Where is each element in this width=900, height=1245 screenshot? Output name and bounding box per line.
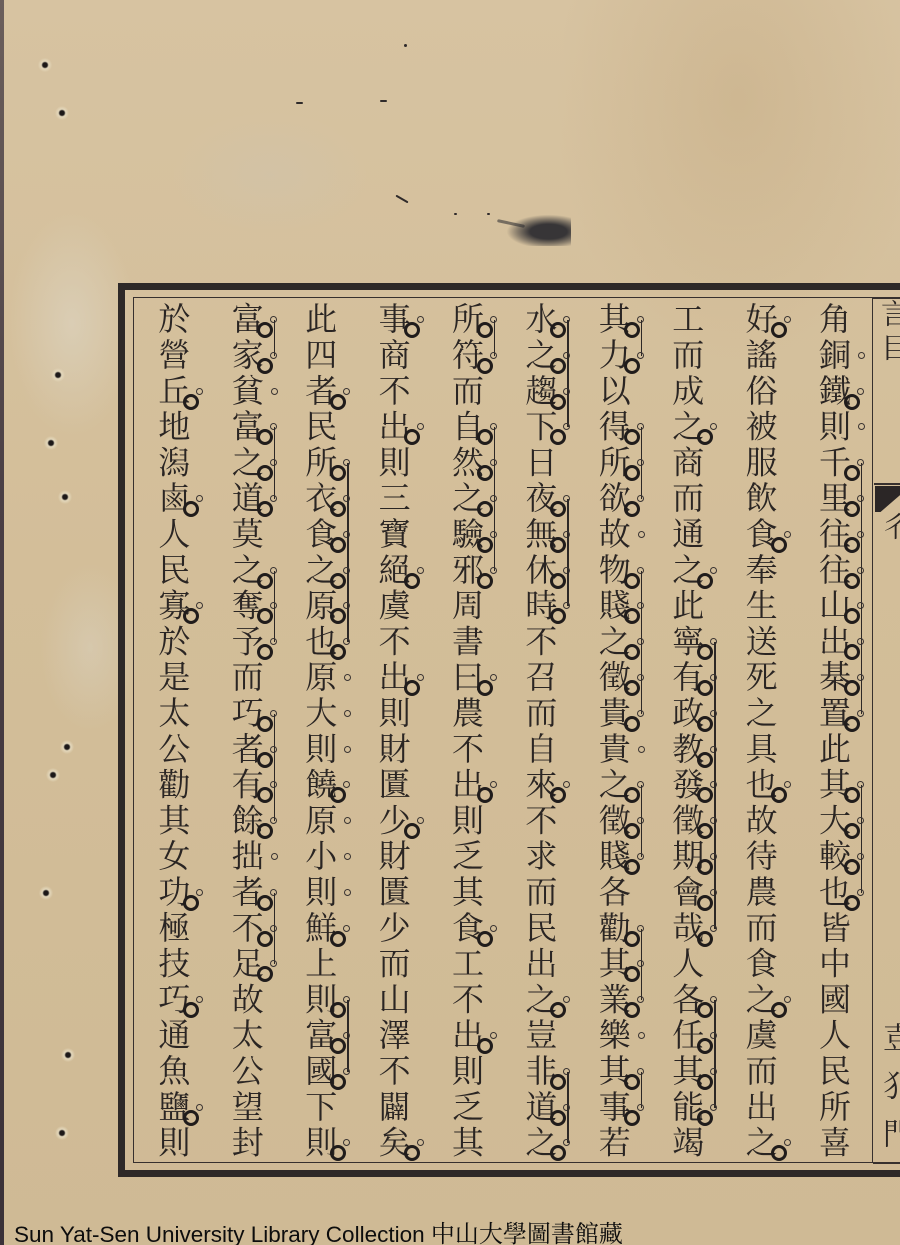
bold-ring-mark-icon [257,716,273,732]
small-circle-mark-icon [344,817,351,824]
small-circle-mark-icon [344,889,351,896]
bold-ring-mark-icon [183,895,199,911]
mark-connector-line [641,785,642,821]
small-circle-mark-icon [271,388,278,395]
punctuation-marks [744,302,804,1164]
bold-ring-mark-icon [550,537,566,553]
banxin-center-strip: 言目 彳 壴犭門 [874,297,900,1163]
mark-connector-line [494,320,495,356]
bold-ring-mark-icon [550,501,566,517]
bold-ring-mark-icon [697,573,713,589]
paper-speck [395,195,408,204]
bold-ring-mark-icon [624,966,640,982]
paper-speck [404,44,407,47]
bold-ring-mark-icon [844,680,860,696]
binding-hole [51,368,65,382]
bold-ring-mark-icon [624,322,640,338]
bold-ring-mark-icon [404,322,420,338]
bold-ring-mark-icon [330,394,346,410]
bold-ring-mark-icon [771,1145,787,1161]
text-column-9: 富家貧富之道莫之奪予而巧者有餘拙者不足故太公望封 [230,302,262,1164]
binding-hole [38,58,52,72]
bold-ring-mark-icon [550,573,566,589]
bold-ring-mark-icon [844,787,860,803]
text-column-10: 於營丘地潟鹵人民寡於是太公勸其女功極技巧通魚鹽則 [156,302,188,1164]
punctuation-marks [156,302,216,1164]
binding-hole [46,768,60,782]
bold-ring-mark-icon [844,859,860,875]
bold-ring-mark-icon [550,1002,566,1018]
bold-ring-mark-icon [697,716,713,732]
bold-ring-mark-icon [624,465,640,481]
mark-connector-line [274,463,275,499]
bold-ring-mark-icon [183,1110,199,1126]
mark-connector-line [567,356,568,392]
bold-ring-mark-icon [477,573,493,589]
bold-ring-mark-icon [257,573,273,589]
bold-ring-mark-icon [330,931,346,947]
punctuation-marks [817,302,877,1164]
mark-connector-line [347,606,348,642]
mark-connector-line [714,714,715,750]
mark-connector-line [861,571,862,607]
bold-ring-mark-icon [844,394,860,410]
mark-connector-line [274,929,275,965]
bold-ring-mark-icon [330,787,346,803]
mark-connector-line [714,1000,715,1036]
bold-ring-mark-icon [330,1074,346,1090]
bold-ring-mark-icon [404,573,420,589]
bold-ring-mark-icon [844,895,860,911]
mark-connector-line [347,571,348,607]
mark-connector-line [641,642,642,678]
bold-ring-mark-icon [624,823,640,839]
bold-ring-mark-icon [624,608,640,624]
bold-ring-mark-icon [624,501,640,517]
mark-connector-line [274,606,275,642]
bold-ring-mark-icon [404,1145,420,1161]
text-column-7: 事商不出則三寶絕虞不出則財匱少財匱少而山澤不闢矣 [377,302,409,1164]
bold-ring-mark-icon [477,465,493,481]
bold-ring-mark-icon [257,322,273,338]
bold-ring-mark-icon [257,429,273,445]
mark-connector-line [861,678,862,714]
bold-ring-mark-icon [550,1074,566,1090]
mark-connector-line [714,893,715,929]
bold-ring-mark-icon [550,787,566,803]
punctuation-marks [303,302,363,1164]
bold-ring-mark-icon [183,501,199,517]
bold-ring-mark-icon [697,1038,713,1054]
bold-ring-mark-icon [771,537,787,553]
bold-ring-mark-icon [257,823,273,839]
punctuation-marks [670,302,730,1164]
text-column-2: 好謠俗被服飲食奉生送死之具也故待農而食之虞而出之 [744,302,776,1164]
bold-ring-mark-icon [404,429,420,445]
binding-hole [55,106,69,120]
mark-connector-line [641,678,642,714]
bold-ring-mark-icon [330,1038,346,1054]
small-circle-mark-icon [344,710,351,717]
mark-connector-line [494,499,495,535]
book-edge-shadow [0,0,4,1245]
mark-connector-line [861,463,862,499]
mark-connector-line [641,929,642,965]
bold-ring-mark-icon [477,537,493,553]
mark-connector-line [641,571,642,607]
bold-ring-mark-icon [624,644,640,660]
mark-connector-line [274,714,275,750]
punctuation-marks [450,302,510,1164]
bold-ring-mark-icon [477,501,493,517]
small-circle-mark-icon [271,853,278,860]
mark-connector-line [714,857,715,893]
bold-ring-mark-icon [477,322,493,338]
bold-ring-mark-icon [624,716,640,732]
bold-ring-mark-icon [330,537,346,553]
bold-ring-mark-icon [624,358,640,374]
bold-ring-mark-icon [624,931,640,947]
mark-connector-line [274,893,275,929]
bold-ring-mark-icon [330,608,346,624]
mark-connector-line [347,535,348,571]
bold-ring-mark-icon [844,608,860,624]
mark-connector-line [714,1036,715,1072]
bold-ring-mark-icon [257,608,273,624]
mark-connector-line [861,499,862,535]
mark-connector-line [567,320,568,356]
mark-connector-line [641,320,642,356]
mark-connector-line [567,499,568,535]
bold-ring-mark-icon [771,1002,787,1018]
text-column-8: 此四者民所衣食之原也原大則饒原小則鮮上則富國下則 [303,302,335,1164]
mark-connector-line [274,750,275,786]
ink-smudge [505,214,571,246]
mark-connector-line [861,606,862,642]
paper-speck [380,100,387,102]
bold-ring-mark-icon [257,644,273,660]
binding-hole [58,490,72,504]
bold-ring-mark-icon [550,394,566,410]
mark-connector-line [274,427,275,463]
mark-connector-line [274,571,275,607]
text-column-6: 所符而自然之驗邪周書曰農不出則乏其食工不出則乏其 [450,302,482,1164]
bold-ring-mark-icon [697,823,713,839]
bold-ring-mark-icon [330,501,346,517]
bold-ring-mark-icon [330,573,346,589]
bold-ring-mark-icon [257,966,273,982]
bold-ring-mark-icon [257,895,273,911]
mark-connector-line [714,750,715,786]
bold-ring-mark-icon [697,859,713,875]
bold-ring-mark-icon [624,1110,640,1126]
mark-connector-line [861,821,862,857]
bold-ring-mark-icon [550,608,566,624]
fishtail-icon [875,486,900,512]
bold-ring-mark-icon [624,859,640,875]
bold-ring-mark-icon [844,644,860,660]
bold-ring-mark-icon [257,931,273,947]
bold-ring-mark-icon [257,501,273,517]
mark-connector-line [494,535,495,571]
mark-connector-line [641,606,642,642]
mark-connector-line [347,1000,348,1036]
mark-connector-line [641,427,642,463]
binding-hole [39,886,53,900]
bold-ring-mark-icon [550,429,566,445]
bold-ring-mark-icon [477,1038,493,1054]
bold-ring-mark-icon [477,680,493,696]
mark-connector-line [567,1072,568,1108]
mark-connector-line [714,821,715,857]
text-column-5: 水之趨下日夜無休時不召而自來不求而民出之豈非道之 [523,302,555,1164]
bold-ring-mark-icon [697,752,713,768]
mark-connector-line [861,785,862,821]
small-circle-mark-icon [638,746,645,753]
mark-connector-line [567,1108,568,1144]
watermark-english: Sun Yat-Sen University Library Collectio… [14,1222,425,1245]
bold-ring-mark-icon [550,322,566,338]
punctuation-marks [597,302,657,1164]
bold-ring-mark-icon [624,1002,640,1018]
mark-connector-line [861,642,862,678]
small-circle-mark-icon [344,674,351,681]
bold-ring-mark-icon [844,465,860,481]
bold-ring-mark-icon [330,1002,346,1018]
bold-ring-mark-icon [844,573,860,589]
bold-ring-mark-icon [257,465,273,481]
mark-connector-line [861,535,862,571]
paper-speck [296,102,303,104]
punctuation-marks [523,302,583,1164]
bold-ring-mark-icon [697,895,713,911]
bold-ring-mark-icon [330,465,346,481]
small-circle-mark-icon [344,746,351,753]
mark-connector-line [567,535,568,571]
text-column-4: 其力以得所欲故物賤之徵貴貴之徵賤各勸其業樂其事若 [597,302,629,1164]
banxin-chapter-glyph: 彳 [879,512,900,540]
bold-ring-mark-icon [477,358,493,374]
bold-ring-mark-icon [697,1002,713,1018]
bold-ring-mark-icon [624,787,640,803]
mark-connector-line [494,463,495,499]
banxin-publisher-glyphs: 壴犭門 [879,1022,900,1163]
mark-connector-line [641,1072,642,1108]
watermark-chinese: 中山大學圖書館藏 [431,1220,623,1245]
bold-ring-mark-icon [697,787,713,803]
mark-connector-line [641,821,642,857]
text-column-1: 、 角銅鐵則千里往往山出棊置此其大較也皆中國人民所喜 [817,302,849,1164]
bold-ring-mark-icon [697,1110,713,1126]
bold-ring-mark-icon [624,1074,640,1090]
small-circle-mark-icon [638,1032,645,1039]
bold-ring-mark-icon [183,608,199,624]
library-watermark: Sun Yat-Sen University Library Collectio… [14,1222,623,1245]
bold-ring-mark-icon [844,501,860,517]
paper-speck [487,213,490,215]
bold-ring-mark-icon [330,644,346,660]
mark-connector-line [347,499,348,535]
small-circle-mark-icon [858,352,865,359]
small-circle-mark-icon [638,531,645,538]
bold-ring-mark-icon [844,537,860,553]
mark-connector-line [347,463,348,499]
mark-connector-line [494,427,495,463]
mark-connector-line [861,857,862,893]
mark-connector-line [347,1036,348,1072]
bold-ring-mark-icon [624,680,640,696]
bold-ring-mark-icon [697,1074,713,1090]
bold-ring-mark-icon [550,1145,566,1161]
binding-hole [55,1126,69,1140]
bold-ring-mark-icon [771,787,787,803]
bold-ring-mark-icon [477,429,493,445]
bold-ring-mark-icon [771,322,787,338]
mark-connector-line [714,642,715,678]
bold-ring-mark-icon [477,787,493,803]
text-column-3: 工而成之商而通之此寧有政教發徵期會哉人各任其能竭 [670,302,702,1164]
bold-ring-mark-icon [257,358,273,374]
bold-ring-mark-icon [697,680,713,696]
bold-ring-mark-icon [183,394,199,410]
bold-ring-mark-icon [404,680,420,696]
mark-connector-line [641,463,642,499]
mark-connector-line [567,571,568,607]
bold-ring-mark-icon [257,752,273,768]
bold-ring-mark-icon [844,716,860,732]
banxin-title-glyphs: 言目 [879,299,900,367]
bold-ring-mark-icon [330,1145,346,1161]
bold-ring-mark-icon [550,358,566,374]
mark-connector-line [641,964,642,1000]
mark-connector-line [714,785,715,821]
binding-hole [60,740,74,754]
binding-hole [61,1048,75,1062]
bold-ring-mark-icon [404,823,420,839]
mark-connector-line [714,1072,715,1108]
mark-connector-line [274,320,275,356]
mark-connector-line [714,678,715,714]
bold-ring-mark-icon [697,931,713,947]
bold-ring-mark-icon [257,787,273,803]
bold-ring-mark-icon [624,429,640,445]
bold-ring-mark-icon [697,429,713,445]
bold-ring-mark-icon [697,644,713,660]
punctuation-marks [230,302,290,1164]
mark-connector-line [567,392,568,428]
bold-ring-mark-icon [624,573,640,589]
punctuation-marks [377,302,437,1164]
bold-ring-mark-icon [550,1110,566,1126]
bold-ring-mark-icon [477,931,493,947]
small-circle-mark-icon [858,423,865,430]
mark-connector-line [274,785,275,821]
bold-ring-mark-icon [183,1002,199,1018]
bold-ring-mark-icon [844,823,860,839]
banxin-rule [874,483,900,485]
binding-hole [44,436,58,450]
paper-speck [454,213,457,215]
small-circle-mark-icon [344,853,351,860]
